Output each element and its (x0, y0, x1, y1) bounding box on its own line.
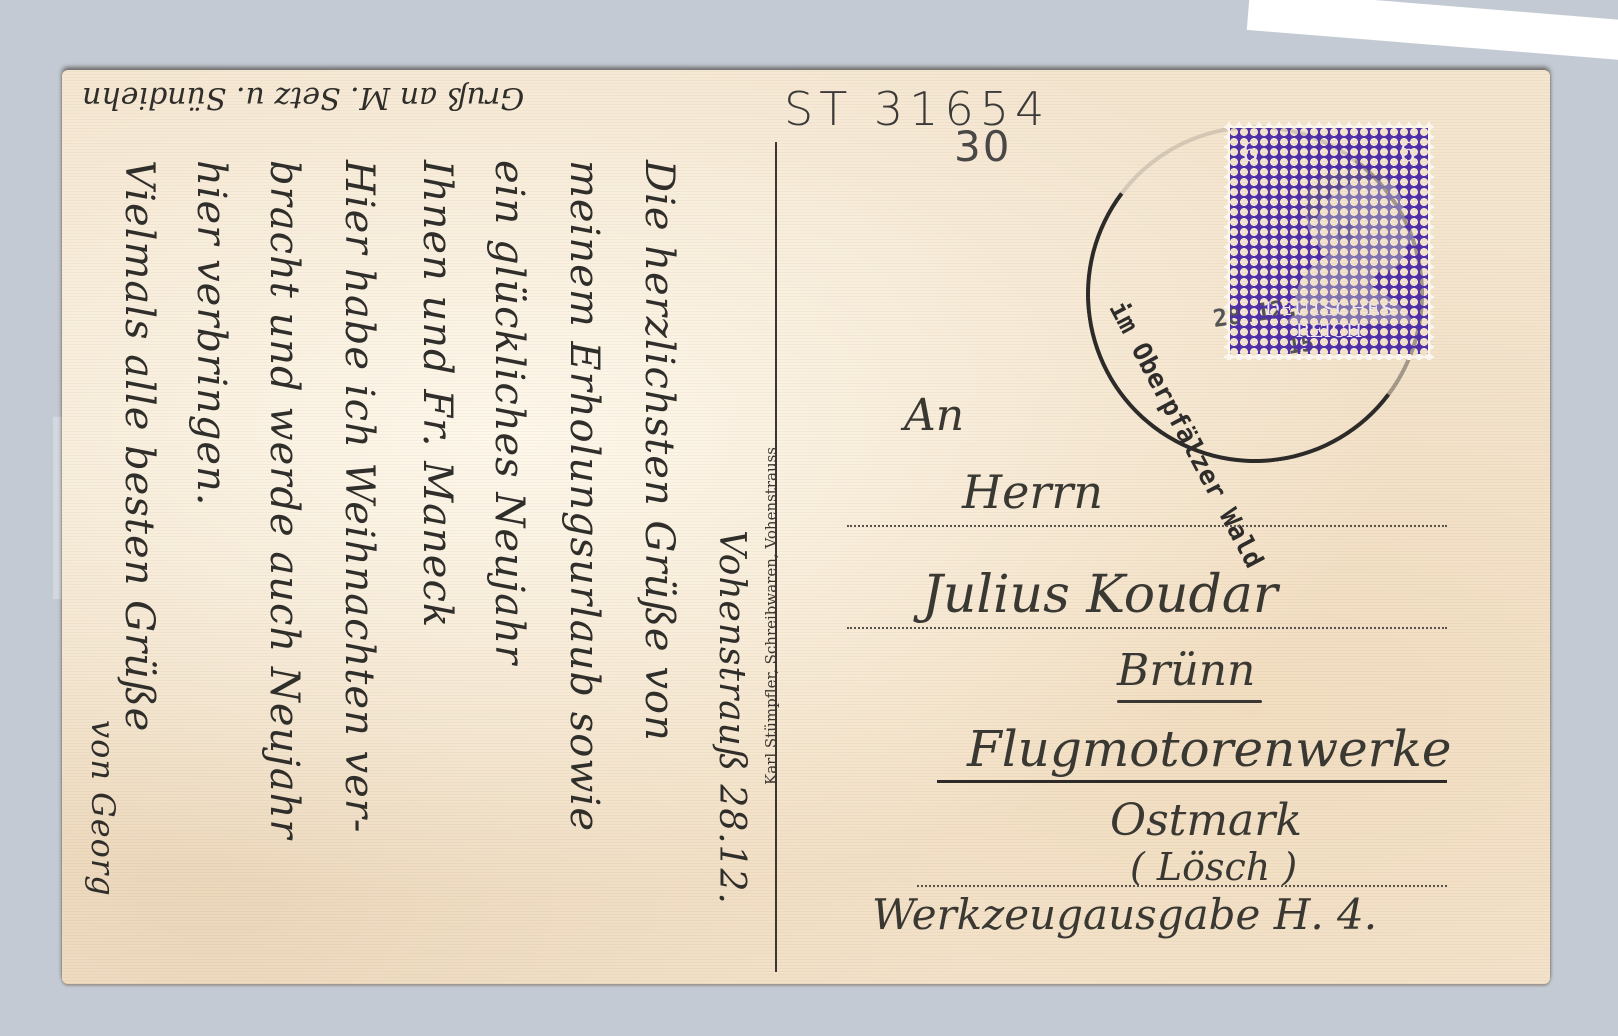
message-line: Die herzlichsten Grüße von (636, 160, 682, 742)
scan-background-wedge (1247, 0, 1618, 64)
message-line: ein glückliches Neujahr (486, 160, 532, 665)
place-date: Vohenstrauß 28.12. (711, 530, 752, 905)
message-line: meinem Erholungsurlaub sowie (561, 160, 607, 832)
address-line-1 (847, 525, 1447, 527)
message-line: von Georg (84, 720, 122, 897)
city-underline (1117, 700, 1262, 703)
address-city: Brünn (1117, 645, 1255, 696)
stamp-face: 6 6 DEUTSCHES REICH (1230, 128, 1428, 354)
address-department: Werkzeugausgabe H. 4. (872, 890, 1377, 939)
stamp-country: DEUTSCHES REICH (1230, 298, 1428, 342)
address-subregion: ( Lösch ) (1130, 845, 1297, 889)
inventory-label-overwrite: 30 (954, 122, 1011, 171)
postage-stamp: 6 6 DEUTSCHES REICH (1224, 122, 1434, 360)
address-company: Flugmotorenwerke (967, 720, 1451, 778)
message-line: Ihnen und Fr. Maneck (414, 160, 460, 628)
address-line-2 (847, 627, 1447, 629)
address-line-3 (937, 780, 1447, 783)
address-line-4 (917, 885, 1447, 887)
message-line: Vielmals alle besten Grüße (116, 160, 162, 732)
address-salutation: Herrn (962, 465, 1103, 519)
message-line: hier verbringen. (188, 160, 234, 507)
address-name: Julius Koudar (922, 565, 1278, 625)
postcard: Gruß an M. Setz u. Sündiehn Die herzlich… (62, 70, 1550, 984)
address-region: Ostmark (1110, 795, 1302, 846)
address-prefix: An (904, 390, 964, 441)
publisher-imprint: Karl Stümpfler, Schreibwaren, Vohenstrau… (762, 447, 780, 785)
message-line: Hier habe ich Weihnachten ver- (336, 160, 382, 833)
message-line: bracht und werde auch Neujahr (261, 160, 307, 839)
message-body: Die herzlichsten Grüße von meinem Erholu… (62, 100, 762, 980)
